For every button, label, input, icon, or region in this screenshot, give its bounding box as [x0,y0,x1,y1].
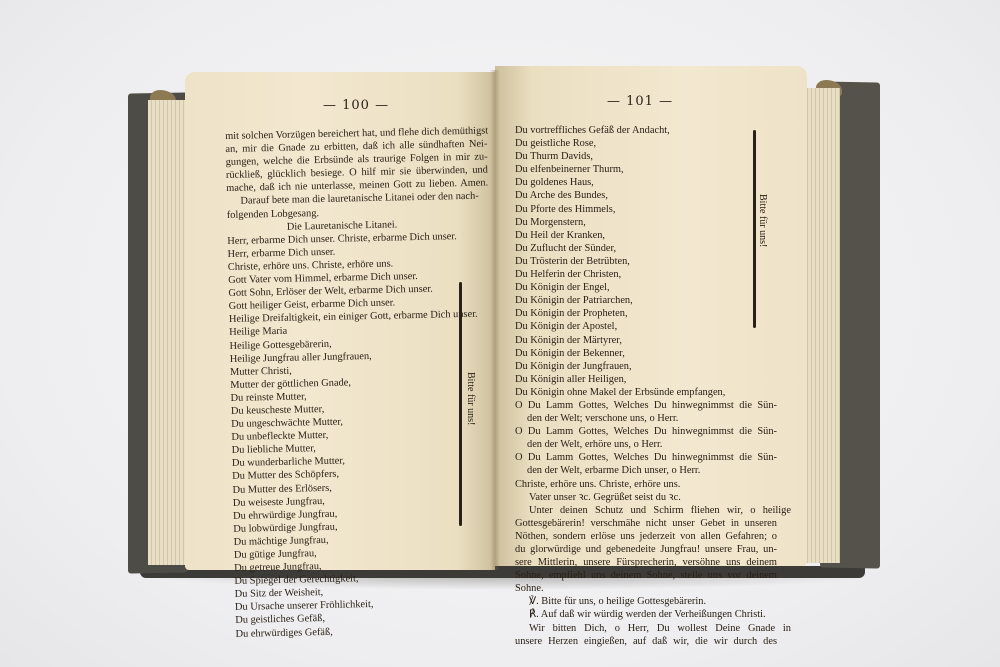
litany-line: Du Trösterin der Betrübten, [515,255,791,268]
litany-line: Du Helferin der Christen, [515,268,791,281]
litany-line: Du goldenes Haus, [515,176,791,189]
page-number: — 101 — [607,94,673,109]
versicle-line: ℣. Bitte für uns, o heilige Gottesgebäre… [515,595,791,608]
litany-line: Du Königin der Patriarchen, [515,294,791,307]
text-line: sere Mittlerin, unsere Fürsprecherin, ve… [515,556,777,569]
book-gutter [490,70,500,570]
text-line: O Du Lamm Gottes, Welches Du hinwegnimms… [515,399,777,412]
text-line: Wir bitten Dich, o Herr, Du wollest Dein… [515,622,791,635]
text-line: Unter deinen Schutz und Schirm fliehen w… [515,504,791,517]
litany-line: Du Königin der Propheten, [515,307,791,320]
litany-line: Du vortreffliches Gefäß der Andacht, [515,124,791,137]
text-line: Gottesgebärerin! verschmähe nicht unser … [515,517,777,530]
left-page: — 100 — mit solchen Vorzügen bereichert … [185,72,495,570]
litany-line: Du geistliche Rose, [515,137,791,150]
text-line: unsere Herzen eingießen, auf daß wir, di… [515,635,777,648]
text-line: du glorwürdige und gebenedeite Jungfrau!… [515,543,777,556]
text-line: O Du Lamm Gottes, Welches Du hinwegnimms… [515,451,777,464]
text-line: Vater unser ꝛc. Gegrüßet seist du ꝛc. [515,491,791,504]
litany-line: Du Königin aller Heiligen, [515,373,791,386]
text-line: den der Welt, erbarme Dich unser, o Herr… [515,464,791,477]
text-line: Sohne, empfiehl uns deinem Sohne, stelle… [515,569,777,582]
left-page-text: mit solchen Vorzügen bereichert hat, und… [225,125,498,641]
right-page: — 101 — Du vortreffliches Gefäß der Anda… [495,66,807,566]
litany-line: Du Königin der Engel, [515,281,791,294]
litany-line: Du Morgenstern, [515,216,791,229]
curly-bracket-icon [459,282,462,526]
litany-line: Du Königin der Apostel, [515,320,791,333]
litany-line: Du Königin der Bekenner, [515,347,791,360]
text-line: den der Welt, erhöre uns, o Herr. [515,438,791,451]
litany-line: Du Heil der Kranken, [515,229,791,242]
bracket-response-text: Bitte für uns! [757,194,768,247]
litany-line: Du Königin der Jungfrauen, [515,360,791,373]
page-number: — 100 — [323,98,389,113]
text-line: Sohne. [515,582,791,595]
litany-line: Du Thurm Davids, [515,150,791,163]
text-line: O Du Lamm Gottes, Welches Du hinwegnimms… [515,425,777,438]
litany-line: Du elfenbeinerner Thurm, [515,163,791,176]
litany-line: Du Königin der Märtyrer, [515,334,791,347]
litany-line: Du Königin ohne Makel der Erbsünde empfa… [515,386,791,399]
bracket-response-text: Bitte für uns! [465,372,476,425]
response-line: ℟. Auf daß wir würdig werden der Verheiß… [515,608,791,621]
litany-line: Du Pforte des Himmels, [515,203,791,216]
litany-line: Du Zuflucht der Sünder, [515,242,791,255]
litany-line: Du Arche des Bundes, [515,189,791,202]
text-line: Christe, erhöre uns. Christe, erhöre uns… [515,478,791,491]
right-page-text: Du vortreffliches Gefäß der Andacht, Du … [515,124,791,648]
curly-bracket-icon [753,130,756,328]
text-line: den der Welt; verschone uns, o Herr. [515,412,791,425]
text-line: Nöthen, sondern erlöse uns jederzeit von… [515,530,777,543]
